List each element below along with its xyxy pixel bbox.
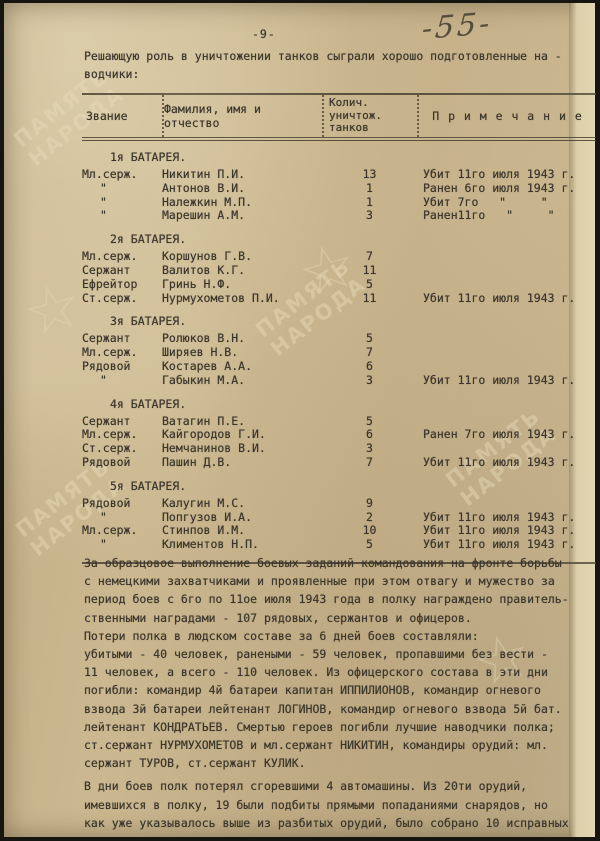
rank-cell: Ефрейтор — [82, 278, 162, 292]
rank-cell: Мл.серж. — [82, 168, 162, 182]
table-row: Сержант Валитов К.Г. 11 — [82, 264, 596, 278]
intro-paragraph: Решающую роль в уничтожении танков сыгра… — [84, 47, 562, 83]
table-row: Ст.серж. Нурмухометов П.И. 11 Убит 11го … — [82, 292, 596, 306]
header-tanks: Колич. уничтож. танков — [322, 95, 417, 137]
note-cell: Убит 7го " " — [417, 196, 596, 210]
name-cell: Гринь Н.Ф. — [162, 278, 322, 292]
rank-cell: Сержант — [82, 415, 162, 429]
note-cell: Убит 11го июля 1943 г. — [417, 538, 596, 552]
table-row: Ефрейтор Гринь Н.Ф. 5 — [82, 278, 596, 292]
table-row: " Попгузов И.А. 2 Убит 11го июля 1943 г. — [82, 511, 596, 525]
name-cell: Марешин А.М. — [162, 209, 322, 223]
rank-cell: Мл.серж. — [82, 524, 162, 538]
battery-section-4: 4я БАТАРЕЯ. Сержант Ватагин П.Е. 5 Мл.се… — [82, 388, 596, 470]
table-row: " Антонов В.И. 1 Ранен 6го июля 1943 г. — [82, 182, 596, 196]
tanks-cell: 5 — [322, 538, 417, 552]
header-name: Фамилия, имя и отчество — [162, 95, 322, 137]
tanks-cell: 5 — [322, 278, 417, 292]
name-cell: Належкин М.П. — [162, 196, 322, 210]
table-header-rule — [82, 137, 596, 141]
note-cell — [417, 415, 596, 429]
name-cell: Габыкин М.А. — [162, 374, 322, 388]
note-cell: Ранен11го " " — [417, 209, 596, 223]
note-cell: Ранен 6го июля 1943 г. — [417, 182, 596, 196]
tanks-cell: 11 — [322, 292, 417, 306]
name-cell: Ширяев Н.В. — [162, 346, 322, 360]
table-row: " Марешин А.М. 3 Ранен11го " " — [82, 209, 596, 223]
rank-cell: " — [82, 511, 162, 525]
rank-cell: Ст.серж. — [82, 442, 162, 456]
name-cell: Немчанинов В.И. — [162, 442, 322, 456]
name-cell: Костарев А.А. — [162, 360, 322, 374]
name-cell: Валитов К.Г. — [162, 264, 322, 278]
table-row: " Габыкин М.А. 3 Убит 11го июля 1943 г. — [82, 374, 596, 388]
tanks-cell: 5 — [322, 415, 417, 429]
battery-section-2: 2я БАТАРЕЯ. Мл.серж. Коршунов Г.В. 7 Сер… — [82, 223, 596, 305]
battery-section-5: 5я БАТАРЕЯ. Рядовой Калугин М.С. 9 " Поп… — [82, 470, 596, 552]
guns-paragraph: В дни боев полк потерял сгоревшими 4 авт… — [84, 777, 596, 832]
rank-cell: Рядовой — [82, 456, 162, 470]
star-watermark-icon: ☆ — [15, 267, 90, 353]
table-row: Сержант Ватагин П.Е. 5 — [82, 415, 596, 429]
table-row: Рядовой Костарев А.А. 6 — [82, 360, 596, 374]
name-cell: Нурмухометов П.И. — [162, 292, 322, 306]
note-cell — [417, 360, 596, 374]
tanks-cell: 9 — [322, 497, 417, 511]
name-cell: Ролюков В.Н. — [162, 332, 322, 346]
name-cell: Кайгородов Г.И. — [162, 428, 322, 442]
battery-title: 4я БАТАРЕЯ. — [82, 397, 596, 412]
tanks-cell: 7 — [322, 250, 417, 264]
note-cell — [417, 278, 596, 292]
note-cell — [417, 442, 596, 456]
rank-cell: Ст.серж. — [82, 292, 162, 306]
tanks-cell: 7 — [322, 346, 417, 360]
table-row: Мл.серж. Никитин П.И. 13 Убит 11го июля … — [82, 168, 596, 182]
page-number-typed: -9- — [252, 27, 276, 41]
note-cell — [417, 250, 596, 264]
header-note: П р и м е ч а н и е — [417, 95, 596, 137]
body-text: За образцовое выполнение боевых заданий … — [84, 554, 596, 832]
name-cell: Калугин М.С. — [162, 497, 322, 511]
battery-section-1: 1я БАТАРЕЯ. Мл.серж. Никитин П.И. 13 Уби… — [82, 141, 596, 223]
tanks-cell: 2 — [322, 511, 417, 525]
tanks-cell: 11 — [322, 264, 417, 278]
header-rank: Звание — [82, 95, 162, 137]
table-row: Ст.серж. Немчанинов В.И. 3 — [82, 442, 596, 456]
rank-cell: Мл.серж. — [82, 346, 162, 360]
battery-title: 5я БАТАРЕЯ. — [82, 479, 596, 494]
name-cell: Никитин П.И. — [162, 168, 322, 182]
note-cell: Убит 11го июля 1943 г. — [417, 168, 596, 182]
note-cell — [417, 264, 596, 278]
table-top-rule — [82, 93, 596, 95]
rank-cell: " — [82, 209, 162, 223]
tanks-cell: 6 — [322, 428, 417, 442]
note-cell: Убит 11го июля 1943 г. — [417, 374, 596, 388]
note-cell: Убит 11го июля 1943 г. — [417, 511, 596, 525]
awards-paragraph: За образцовое выполнение боевых заданий … — [84, 554, 596, 627]
table-row: Мл.серж. Кайгородов Г.И. 6 Ранен 7го июл… — [82, 428, 596, 442]
battery-title: 2я БАТАРЕЯ. — [82, 232, 596, 247]
rank-cell: Сержант — [82, 332, 162, 346]
rank-cell: " — [82, 538, 162, 552]
tanks-cell: 3 — [322, 442, 417, 456]
tanks-cell: 10 — [322, 524, 417, 538]
note-cell: Убит 11го июля 1943 г. — [417, 456, 596, 470]
rank-cell: Мл.серж. — [82, 428, 162, 442]
table-row: Мл.серж. Коршунов Г.В. 7 — [82, 250, 596, 264]
rank-cell: Рядовой — [82, 360, 162, 374]
battery-section-3: 3я БАТАРЕЯ. Сержант Ролюков В.Н. 5 Мл.се… — [82, 305, 596, 387]
note-cell: Ранен 7го июля 1943 г. — [417, 428, 596, 442]
name-cell: Пашин Д.В. — [162, 456, 322, 470]
table-row: Сержант Ролюков В.Н. 5 — [82, 332, 596, 346]
table-row: Рядовой Пашин Д.В. 7 Убит 11го июля 1943… — [82, 456, 596, 470]
name-cell: Климентов Н.П. — [162, 538, 322, 552]
tanks-cell: 3 — [322, 374, 417, 388]
table-row: Рядовой Калугин М.С. 9 — [82, 497, 596, 511]
note-cell — [417, 346, 596, 360]
note-cell: Убит 11го июля 1943 г. — [417, 524, 596, 538]
tanks-cell: 3 — [322, 209, 417, 223]
name-cell: Попгузов И.А. — [162, 511, 322, 525]
losses-paragraph: Потери полка в людском составе за 6 дней… — [84, 627, 596, 773]
tanks-cell: 1 — [322, 182, 417, 196]
note-cell: Убит 11го июля 1943 г. — [417, 292, 596, 306]
rank-cell: " — [82, 182, 162, 196]
tanks-cell: 13 — [322, 168, 417, 182]
battery-title: 3я БАТАРЕЯ. — [82, 314, 596, 329]
paper-sheet: ПАМЯТЬНАРОДА ПАМЯТЬНАРОДА ПАМЯТЬНАРОДА П… — [4, 3, 595, 837]
tanks-cell: 1 — [322, 196, 417, 210]
name-cell: Коршунов Г.В. — [162, 250, 322, 264]
tanks-cell: 7 — [322, 456, 417, 470]
name-cell: Стинпов И.М. — [162, 524, 322, 538]
battery-title: 1я БАТАРЕЯ. — [82, 150, 596, 165]
table-row: " Належкин М.П. 1 Убит 7го " " — [82, 196, 596, 210]
table-row: " Климентов Н.П. 5 Убит 11го июля 1943 г… — [82, 538, 596, 552]
name-cell: Ватагин П.Е. — [162, 415, 322, 429]
rank-cell: " — [82, 374, 162, 388]
tanks-cell: 5 — [322, 332, 417, 346]
rank-cell: Мл.серж. — [82, 250, 162, 264]
table-header-row: Звание Фамилия, имя и отчество Колич. ун… — [82, 95, 596, 137]
name-cell: Антонов В.И. — [162, 182, 322, 196]
table-row: Мл.серж. Ширяев Н.В. 7 — [82, 346, 596, 360]
rank-cell: Сержант — [82, 264, 162, 278]
casualty-table: Звание Фамилия, имя и отчество Колич. ун… — [82, 93, 596, 564]
table-row: Мл.серж. Стинпов И.М. 10 Убит 11го июля … — [82, 524, 596, 538]
note-cell — [417, 332, 596, 346]
page-number-handwritten: -55- — [421, 6, 494, 48]
scanned-document: ПАМЯТЬНАРОДА ПАМЯТЬНАРОДА ПАМЯТЬНАРОДА П… — [0, 0, 600, 841]
rank-cell: " — [82, 196, 162, 210]
tanks-cell: 6 — [322, 360, 417, 374]
note-cell — [417, 497, 596, 511]
rank-cell: Рядовой — [82, 497, 162, 511]
